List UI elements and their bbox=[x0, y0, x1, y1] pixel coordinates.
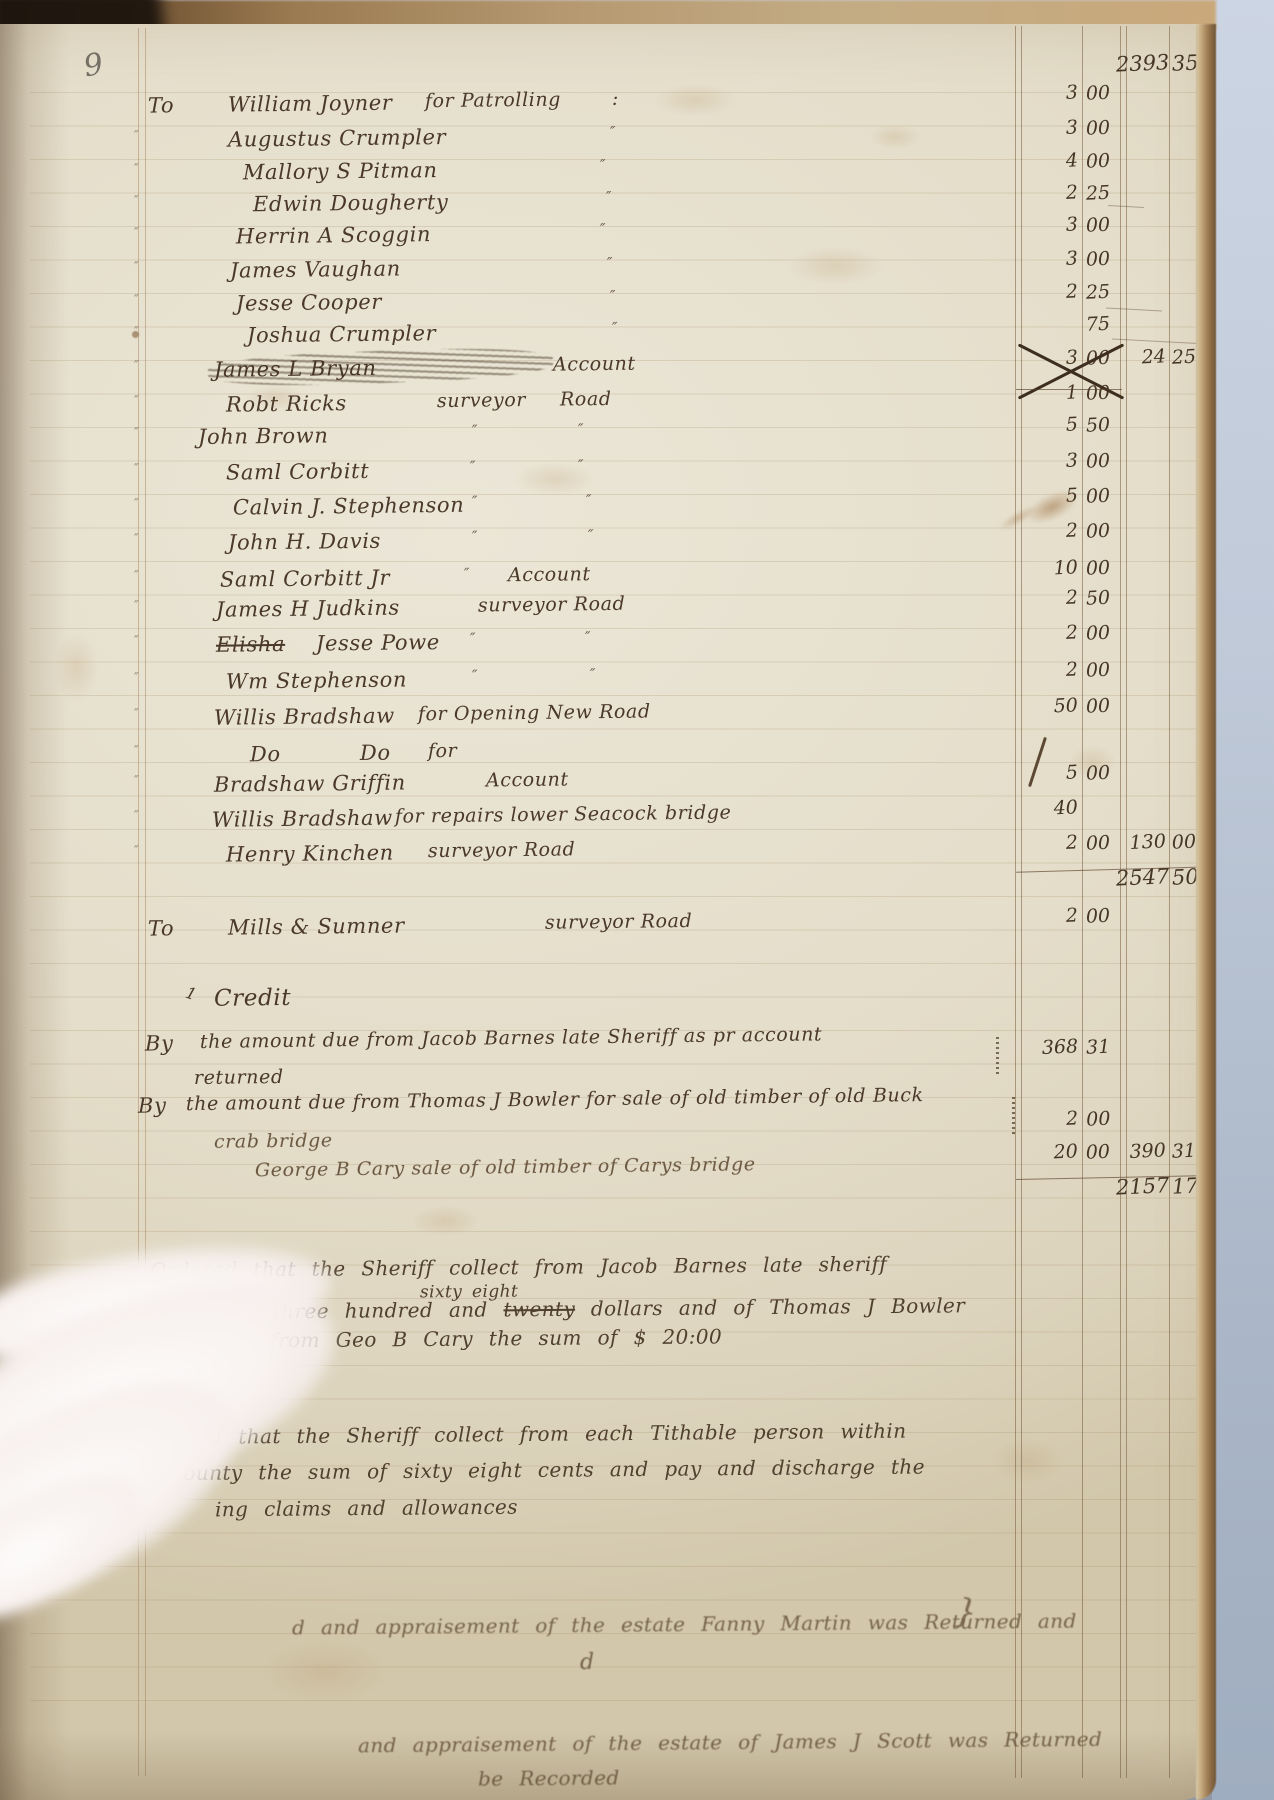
margin-ditto: ″ bbox=[134, 226, 140, 241]
ditto-mark: ″ bbox=[612, 319, 618, 337]
footer-mark: d bbox=[580, 1650, 595, 1675]
amount-dollars: 3 bbox=[1023, 116, 1078, 141]
ink-squiggle bbox=[996, 1034, 999, 1074]
amount-cents: 00 bbox=[1085, 621, 1122, 645]
amount-dollars: 2 bbox=[1023, 181, 1078, 206]
entry-detail: surveyor Road bbox=[428, 838, 576, 862]
entry-detail: surveyor bbox=[437, 389, 526, 412]
amount-dollars: 1 bbox=[1023, 381, 1078, 406]
entry-name-struck: Elisha bbox=[216, 632, 285, 657]
lead-word: To bbox=[148, 93, 175, 117]
amount-dollars: 20 bbox=[1023, 1140, 1078, 1165]
amount-cents: 00 bbox=[1085, 213, 1122, 237]
lead-word: To bbox=[148, 916, 175, 940]
ledger-photo: 9 2393 35 To William Joyner for Patrolli… bbox=[0, 0, 1274, 1800]
margin-ditto: ″ bbox=[134, 707, 140, 722]
credit-text: crab bridge bbox=[214, 1129, 333, 1152]
margin-ditto: ″ bbox=[134, 394, 140, 409]
ditto-mark: ″ bbox=[600, 220, 606, 238]
entry-name: Henry Kinchen bbox=[226, 841, 394, 867]
carried-dollars: 2393 bbox=[1115, 50, 1166, 76]
margin-ditto: ″ bbox=[134, 497, 140, 512]
amount-dollars: 3 bbox=[1023, 81, 1078, 106]
margin-ditto: ″ bbox=[134, 194, 140, 209]
subtotal-dollars: 130 bbox=[1115, 830, 1166, 854]
amount-dollars: 2 bbox=[1023, 658, 1078, 683]
entry-name: Jesse Powe bbox=[316, 630, 440, 656]
entry-detail: Account bbox=[508, 563, 591, 586]
margin-ditto: ″ bbox=[134, 462, 140, 477]
entry-name: Willis Bradshaw bbox=[214, 704, 395, 730]
amount-cents: 00 bbox=[1085, 904, 1122, 928]
amount-dollars: 50 bbox=[1023, 694, 1078, 719]
entry-detail: surveyor Road bbox=[545, 910, 693, 934]
entry-name: Wm Stephenson bbox=[226, 667, 407, 693]
amount-cents: 50 bbox=[1085, 586, 1122, 610]
margin-ditto: ″ bbox=[134, 359, 140, 374]
by-word: By bbox=[145, 1031, 174, 1055]
entry-name: John Brown bbox=[198, 423, 329, 449]
entry-name: James Vaughan bbox=[230, 257, 401, 283]
margin-ditto: ″ bbox=[134, 532, 140, 547]
amount-cents: 25 bbox=[1085, 280, 1122, 304]
ditto-mark: ″ bbox=[607, 254, 613, 272]
subtotal-rule bbox=[1016, 389, 1122, 390]
amount-cents: 00 bbox=[1085, 149, 1122, 173]
entry-name: Do bbox=[250, 742, 281, 766]
ditto-mark: ″ bbox=[586, 491, 592, 509]
amount-cents: 00 bbox=[1085, 519, 1122, 543]
ditto-mark: ″ bbox=[590, 665, 596, 683]
entry-detail: for Patrolling bbox=[425, 89, 561, 113]
margin-ditto: ″ bbox=[134, 634, 140, 649]
entry-name: Saml Corbitt Jr bbox=[220, 566, 390, 592]
entry-detail: Road bbox=[560, 388, 612, 411]
margin-ditto: ″ bbox=[134, 426, 140, 441]
margin-ditto: ″ bbox=[134, 809, 140, 824]
entry-name: Bradshaw Griffin bbox=[214, 770, 406, 796]
ditto-mark: ″ bbox=[585, 628, 591, 646]
ditto-mark: ″ bbox=[588, 526, 594, 544]
margin-ditto: ″ bbox=[134, 569, 140, 584]
ditto-mark: ″ bbox=[578, 420, 584, 438]
order-paragraph-line: ing claims and allowances bbox=[215, 1495, 518, 1522]
entry-name: Herrin A Scoggin bbox=[236, 222, 431, 248]
amount-cents: 75 bbox=[1085, 312, 1122, 336]
entry-detail: Account bbox=[486, 768, 569, 791]
amount-dollars: 2 bbox=[1023, 586, 1078, 611]
ditto-mark: ″ bbox=[472, 493, 478, 511]
entry-name: John H. Davis bbox=[228, 529, 381, 555]
ditto-mark: ″ bbox=[578, 456, 584, 474]
ditto-mark: ″ bbox=[606, 188, 612, 206]
ditto-mark: ″ bbox=[470, 630, 476, 648]
ditto-mark: ″ bbox=[600, 156, 606, 174]
amount-dollars: 3 bbox=[1023, 247, 1078, 272]
credit-text: George B Cary sale of old timber of Cary… bbox=[255, 1153, 756, 1181]
amount-dollars: 2 bbox=[1023, 280, 1078, 305]
entry-name: Augustus Crumpler bbox=[228, 125, 447, 152]
amount-cents: 00 bbox=[1085, 116, 1122, 140]
entry-name: Mills & Sumner bbox=[228, 913, 405, 939]
margin-ditto: ″ bbox=[134, 744, 140, 759]
entry-detail: for bbox=[428, 740, 458, 762]
credit-heading: Credit bbox=[214, 985, 291, 1012]
credit-text: returned bbox=[194, 1066, 284, 1089]
amount-cents: 00 bbox=[1085, 761, 1122, 785]
entry-detail: Account bbox=[553, 353, 636, 376]
margin-ditto: ″ bbox=[134, 844, 140, 859]
entry-name: Calvin J. Stephenson bbox=[233, 493, 465, 520]
entry-name: Joshua Crumpler bbox=[247, 321, 437, 347]
subtotal-dollars: 24 bbox=[1115, 345, 1166, 369]
by-word: By bbox=[138, 1093, 167, 1117]
ditto-mark: ″ bbox=[464, 565, 470, 583]
amount-dollars: 40 bbox=[1023, 796, 1078, 821]
amount-dollars: 10 bbox=[1023, 556, 1078, 581]
margin-ditto: ″ bbox=[134, 774, 140, 789]
amount-dollars: 5 bbox=[1023, 413, 1078, 438]
page-bottom-shadow bbox=[0, 1730, 1212, 1800]
amount-cents: 00 bbox=[1085, 484, 1122, 508]
ditto-mark: ″ bbox=[472, 667, 478, 685]
entry-name: James H Judkins bbox=[216, 596, 400, 622]
entry-detail: surveyor Road bbox=[478, 593, 626, 617]
entry-name: Jesse Cooper bbox=[236, 290, 382, 316]
entry-detail: for repairs lower Seacock bridge bbox=[395, 801, 732, 827]
entry-name: Do bbox=[360, 741, 391, 765]
entry-name: Willis Bradshaw bbox=[212, 806, 393, 832]
amount-dollars: 2 bbox=[1023, 904, 1078, 929]
order-text: the sum of three hundred and bbox=[128, 1298, 488, 1325]
entry-detail: for Opening New Road bbox=[418, 700, 651, 725]
amount-cents: 50 bbox=[1085, 413, 1122, 437]
amount-dollars: 3 bbox=[1023, 449, 1078, 474]
margin-ditto: ″ bbox=[134, 599, 140, 614]
amount-dollars: 3 bbox=[1023, 213, 1078, 238]
entry-name: Mallory S Pitman bbox=[243, 158, 438, 184]
ditto-mark: ″ bbox=[472, 528, 478, 546]
page-right-edge bbox=[1196, 24, 1216, 1800]
amount-cents: 00 bbox=[1085, 81, 1122, 105]
amount-dollars: 2 bbox=[1023, 831, 1078, 856]
amount-cents: 00 bbox=[1085, 247, 1122, 271]
amount-dollars: 2 bbox=[1023, 621, 1078, 646]
ink-squiggle bbox=[1012, 1094, 1015, 1134]
entry-name: William Joyner bbox=[228, 91, 393, 117]
struck-word: twenty bbox=[503, 1297, 575, 1322]
amount-cents: 00 bbox=[1085, 449, 1122, 473]
entry-punct: : bbox=[612, 88, 619, 110]
order-text: dollars and of Thomas J Bowler bbox=[591, 1293, 966, 1320]
entry-name: Saml Corbitt bbox=[226, 459, 369, 485]
amount-cents: 00 bbox=[1085, 658, 1122, 682]
amount-cents: 25 bbox=[1085, 181, 1122, 205]
margin-ditto: ″ bbox=[134, 293, 140, 308]
entry-name: Edwin Dougherty bbox=[253, 190, 449, 216]
ditto-mark: ″ bbox=[470, 458, 476, 476]
margin-ditto: ″ bbox=[134, 671, 140, 686]
margin-ditto: ″ bbox=[134, 162, 140, 177]
margin-ditto: ″ bbox=[134, 325, 140, 340]
amount-dollars: 4 bbox=[1023, 149, 1078, 174]
ditto-mark: ″ bbox=[610, 287, 616, 305]
amount-cents: 00 bbox=[1085, 694, 1122, 718]
subtotal-dollars: 390 bbox=[1115, 1139, 1166, 1163]
margin-ditto: ″ bbox=[134, 129, 140, 144]
ditto-mark: ″ bbox=[472, 422, 478, 440]
ditto-mark: ″ bbox=[610, 123, 616, 141]
entry-name: Robt Ricks bbox=[226, 391, 347, 416]
margin-ditto: ″ bbox=[134, 260, 140, 275]
amount-cents: 00 bbox=[1085, 556, 1122, 580]
